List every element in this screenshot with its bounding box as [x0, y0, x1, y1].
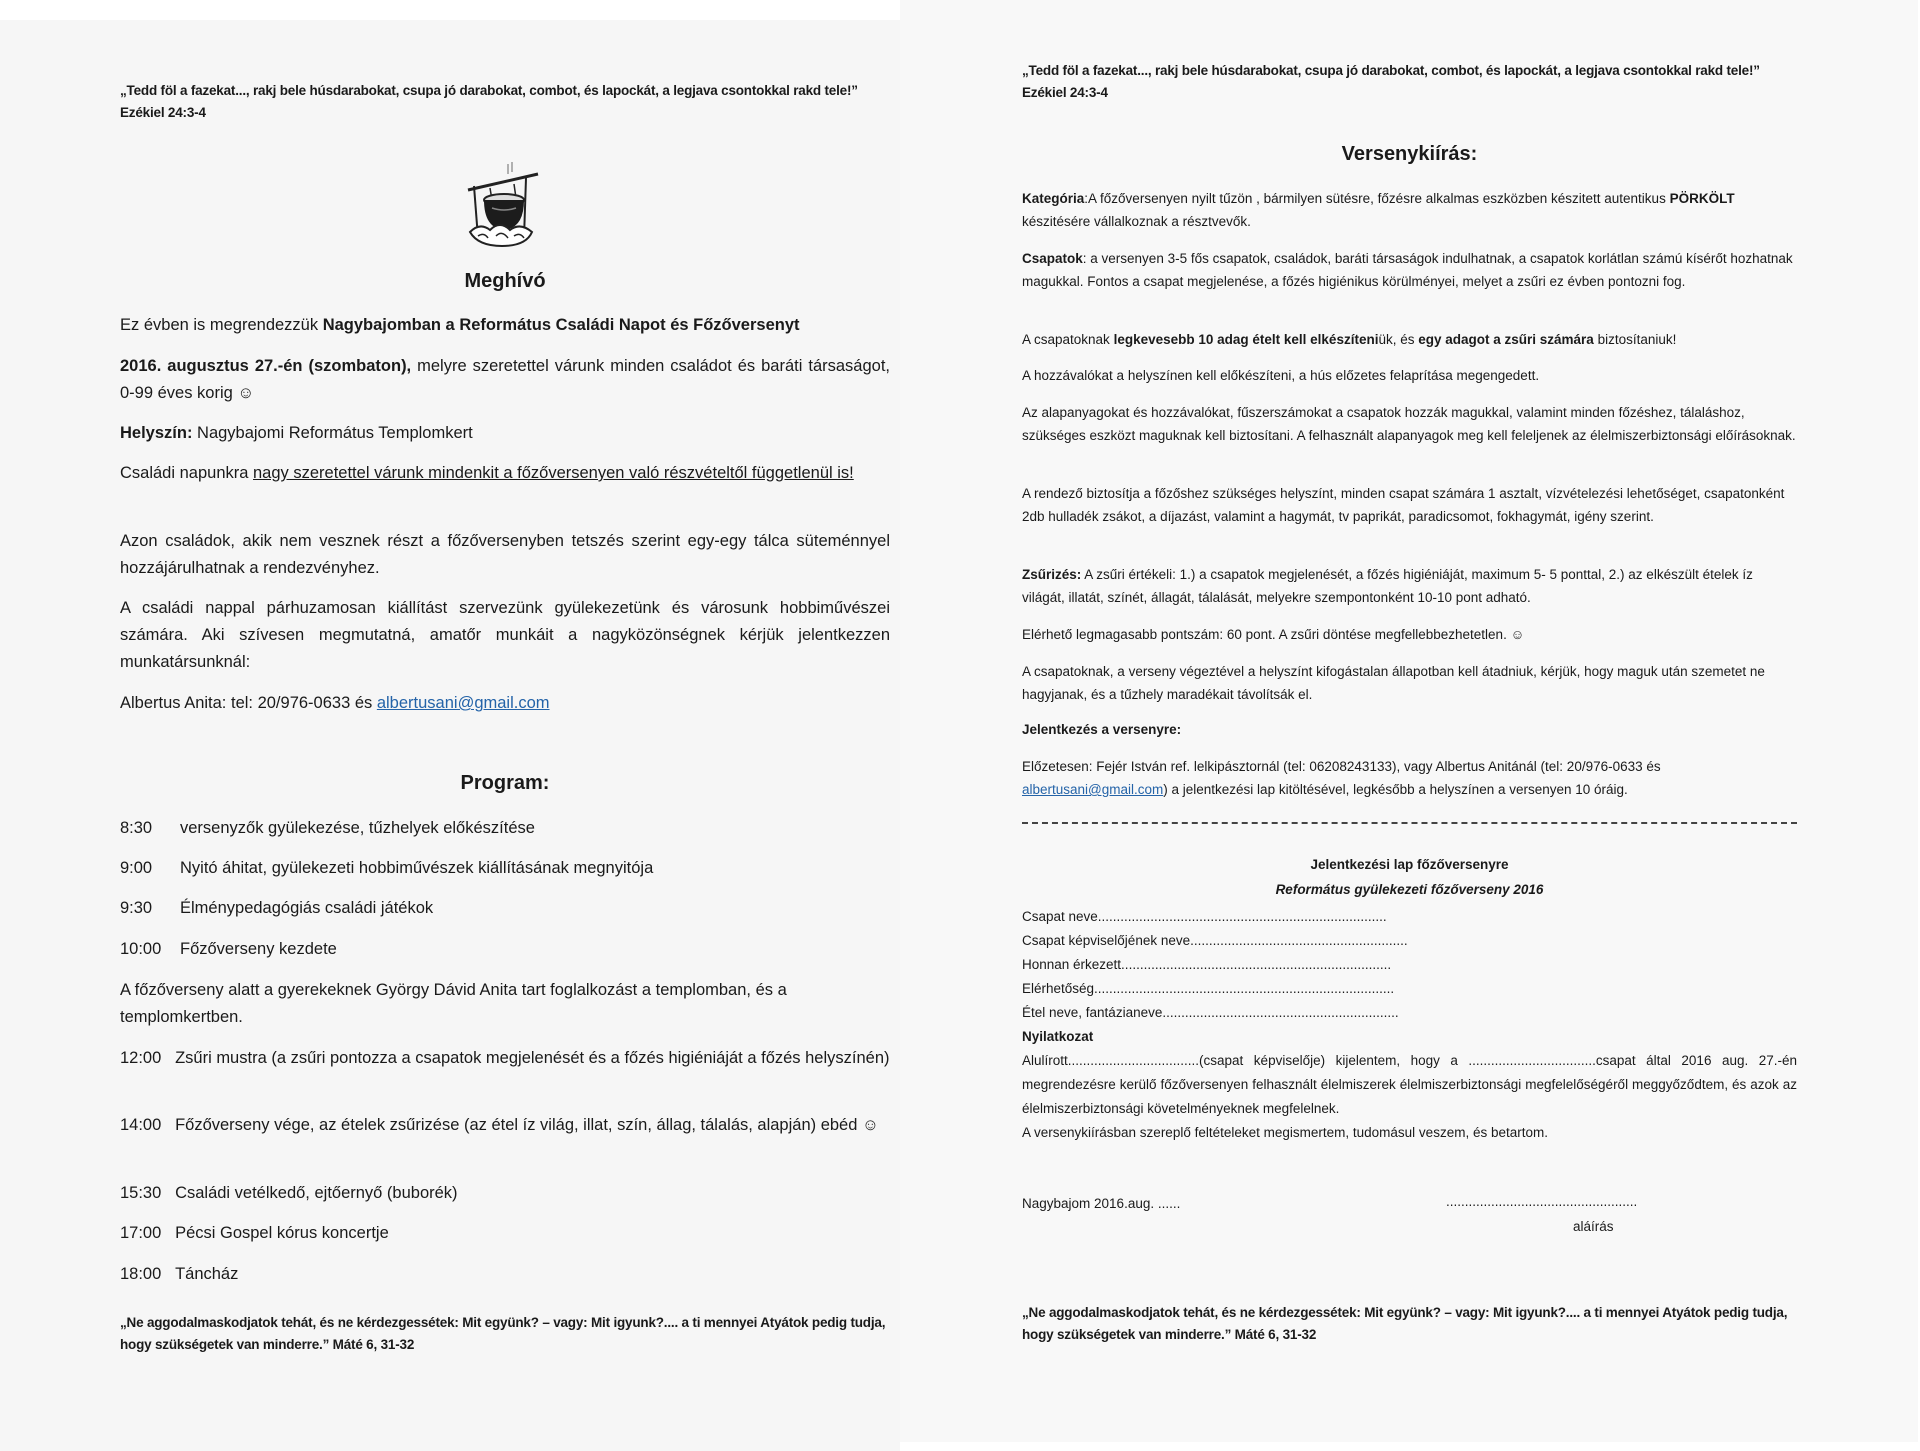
program-time: 12:00: [120, 1049, 161, 1067]
top-bible-quote: „Tedd föl a fazekat..., rakj bele húsdar…: [120, 80, 890, 124]
program-item: 9:30Élménypedagógiás családi játékok: [120, 895, 890, 922]
bottom-bible-quote: „Ne aggodalmaskodjatok tehát, és ne kérd…: [120, 1312, 890, 1356]
exhibition-paragraph: A családi nappal párhuzamosan kiállítást…: [120, 595, 890, 676]
program-time: 10:00: [120, 936, 180, 963]
program-time: 9:00: [120, 855, 180, 882]
declaration-text: Alulírott...............................…: [1022, 1049, 1797, 1121]
welcome-paragraph: Családi napunkra nagy szeretettel várunk…: [120, 460, 890, 487]
form-field[interactable]: Csapat neve.............................…: [1022, 905, 1387, 929]
form-field[interactable]: Csapat képviselőjének neve..............…: [1022, 929, 1408, 953]
form-title: Jelentkezési lap főzőversenyre: [1022, 857, 1797, 872]
program-text: versenyzők gyülekezése, tűzhelyek előkés…: [180, 819, 535, 837]
program-time: 14:00: [120, 1116, 161, 1134]
preparation-paragraph: A hozzávalókat a helyszínen kell előkész…: [1022, 364, 1797, 387]
program-time: 18:00: [120, 1265, 161, 1283]
acceptance-text: A versenykiírásban szereplő feltételeket…: [1022, 1121, 1548, 1145]
program-item: 8:30versenyzők gyülekezése, tűzhelyek el…: [120, 815, 890, 842]
program-item: 17:00 Pécsi Gospel kórus koncertje: [120, 1220, 890, 1247]
date-paragraph: 2016. augusztus 27.-én (szombaton), mely…: [120, 353, 890, 407]
program-time: 8:30: [120, 815, 180, 842]
max-score-paragraph: Elérhető legmagasabb pontszám: 60 pont. …: [1022, 623, 1797, 646]
program-title: Program:: [120, 772, 890, 795]
invitation-title: Meghívó: [120, 270, 890, 293]
program-item: 14:00 Főzőverseny vége, az ételek zsűriz…: [120, 1112, 890, 1139]
program-time: 9:30: [120, 895, 180, 922]
program-item: 18:00 Táncház: [120, 1261, 890, 1288]
signup-email-link[interactable]: albertusani@gmail.com: [1022, 782, 1163, 797]
contact-email-link[interactable]: albertusani@gmail.com: [377, 694, 550, 712]
program-text: Zsűri mustra (a zsűri pontozza a csapato…: [175, 1049, 889, 1067]
category-paragraph: Kategória:A főzőversenyen nyilt tűzön , …: [1022, 187, 1797, 233]
program-text: Főzőverseny kezdete: [180, 940, 337, 958]
program-item: 12:00 Zsűri mustra (a zsűri pontozza a c…: [120, 1045, 890, 1072]
rules-title: Versenykiírás:: [1022, 143, 1797, 166]
kids-program-note: A főzőverseny alatt a gyerekeknek György…: [120, 977, 890, 1031]
program-text: Családi vetélkedő, ejtőernyő (buborék): [175, 1184, 458, 1202]
form-field[interactable]: Étel neve, fantázianeve.................…: [1022, 1001, 1399, 1025]
form-field[interactable]: Elérhetőség.............................…: [1022, 977, 1394, 1001]
program-item: 15:30 Családi vetélkedő, ejtőernyő (bubo…: [120, 1180, 890, 1207]
program-text: Főzőverseny vége, az ételek zsűrizése (a…: [175, 1116, 879, 1134]
ingredients-paragraph: Az alapanyagokat és hozzávalókat, fűszer…: [1022, 401, 1797, 447]
form-subtitle: Református gyülekezeti főzőverseny 2016: [1022, 882, 1797, 897]
program-text: Nyitó áhitat, gyülekezeti hobbiművészek …: [180, 859, 653, 877]
top-bible-quote-right: „Tedd föl a fazekat..., rakj bele húsdar…: [1022, 60, 1797, 104]
cakes-paragraph: Azon családok, akik nem vesznek részt a …: [120, 528, 890, 582]
teams-paragraph: Csapatok: a versenyen 3-5 fős csapatok, …: [1022, 247, 1797, 293]
bottom-bible-quote-right: „Ne aggodalmaskodjatok tehát, és ne kérd…: [1022, 1302, 1797, 1346]
cauldron-icon: [456, 160, 548, 252]
program-item: 10:00Főzőverseny kezdete: [120, 936, 890, 963]
intro-paragraph: Ez évben is megrendezzük Nagybajomban a …: [120, 312, 890, 339]
program-time: 15:30: [120, 1184, 161, 1202]
signature-label: aláírás: [1573, 1219, 1614, 1234]
form-field[interactable]: Honnan érkezett.........................…: [1022, 953, 1391, 977]
signup-paragraph: Előzetesen: Fejér István ref. lelkipászt…: [1022, 755, 1797, 801]
program-text: Pécsi Gospel kórus koncertje: [175, 1224, 389, 1242]
cleanup-paragraph: A csapatoknak, a verseny végeztével a he…: [1022, 660, 1797, 706]
signature-field[interactable]: ........................................…: [1446, 1194, 1637, 1209]
venue-paragraph: Helyszín: Nagybajomi Református Templomk…: [120, 420, 890, 447]
cut-line-divider: [1022, 822, 1797, 824]
contact-paragraph: Albertus Anita: tel: 20/976-0633 és albe…: [120, 690, 890, 717]
program-time: 17:00: [120, 1224, 161, 1242]
organizer-paragraph: A rendező biztosítja a főzőshez szüksége…: [1022, 482, 1797, 528]
declaration-title: Nyilatkozat: [1022, 1025, 1093, 1049]
place-date-field[interactable]: Nagybajom 2016.aug. ......: [1022, 1196, 1180, 1211]
signup-heading: Jelentkezés a versenyre:: [1022, 718, 1797, 741]
program-item: 9:00Nyitó áhitat, gyülekezeti hobbiművés…: [120, 855, 890, 882]
portions-paragraph: A csapatoknak legkevesebb 10 adag ételt …: [1022, 328, 1797, 351]
judging-paragraph: Zsűrizés: A zsűri értékeli: 1.) a csapat…: [1022, 563, 1797, 609]
program-text: Élménypedagógiás családi játékok: [180, 899, 433, 917]
program-text: Táncház: [175, 1265, 238, 1283]
